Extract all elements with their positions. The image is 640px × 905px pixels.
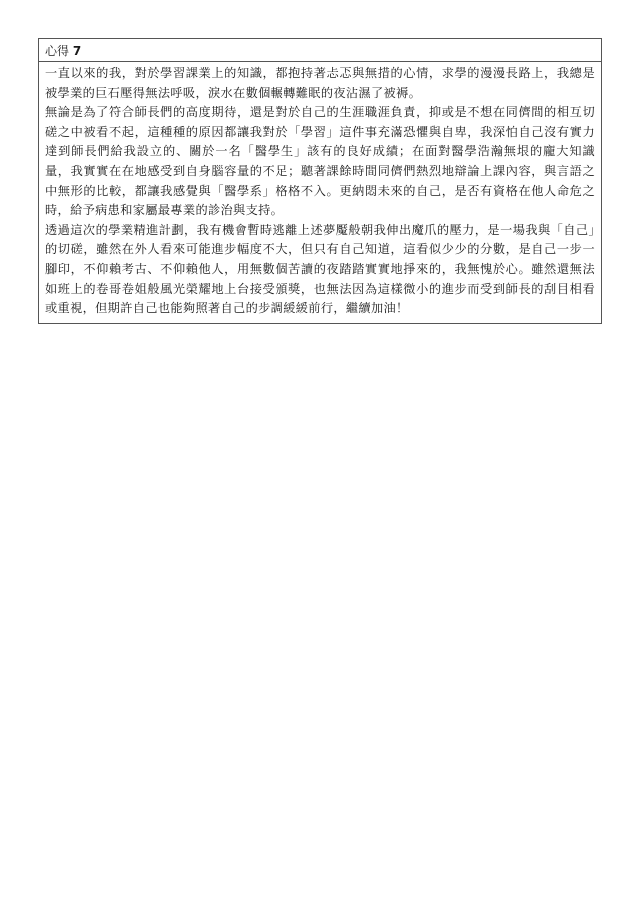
header-label: 心得 — [45, 44, 69, 58]
reflection-table: 心得 7 一直以來的我，對於學習課業上的知識，都抱持著忐忑與無措的心情，求學的漫… — [38, 38, 602, 324]
paragraph-2: 無論是為了符合師長們的高度期待，還是對於自己的生涯職涯負責，抑或是不想在同儕間的… — [45, 103, 595, 221]
paragraph-1: 一直以來的我，對於學習課業上的知識，都抱持著忐忑與無措的心情，求學的漫漫長路上，… — [45, 64, 595, 103]
paragraph-3: 透過這次的學業精進計劃，我有機會暫時逃離上述夢魘般朝我伸出魔爪的壓力，是一場我與… — [45, 221, 595, 319]
header-number: 7 — [73, 44, 81, 58]
table-body: 一直以來的我，對於學習課業上的知識，都抱持著忐忑與無措的心情，求學的漫漫長路上，… — [39, 62, 601, 323]
table-header: 心得 7 — [39, 39, 601, 62]
